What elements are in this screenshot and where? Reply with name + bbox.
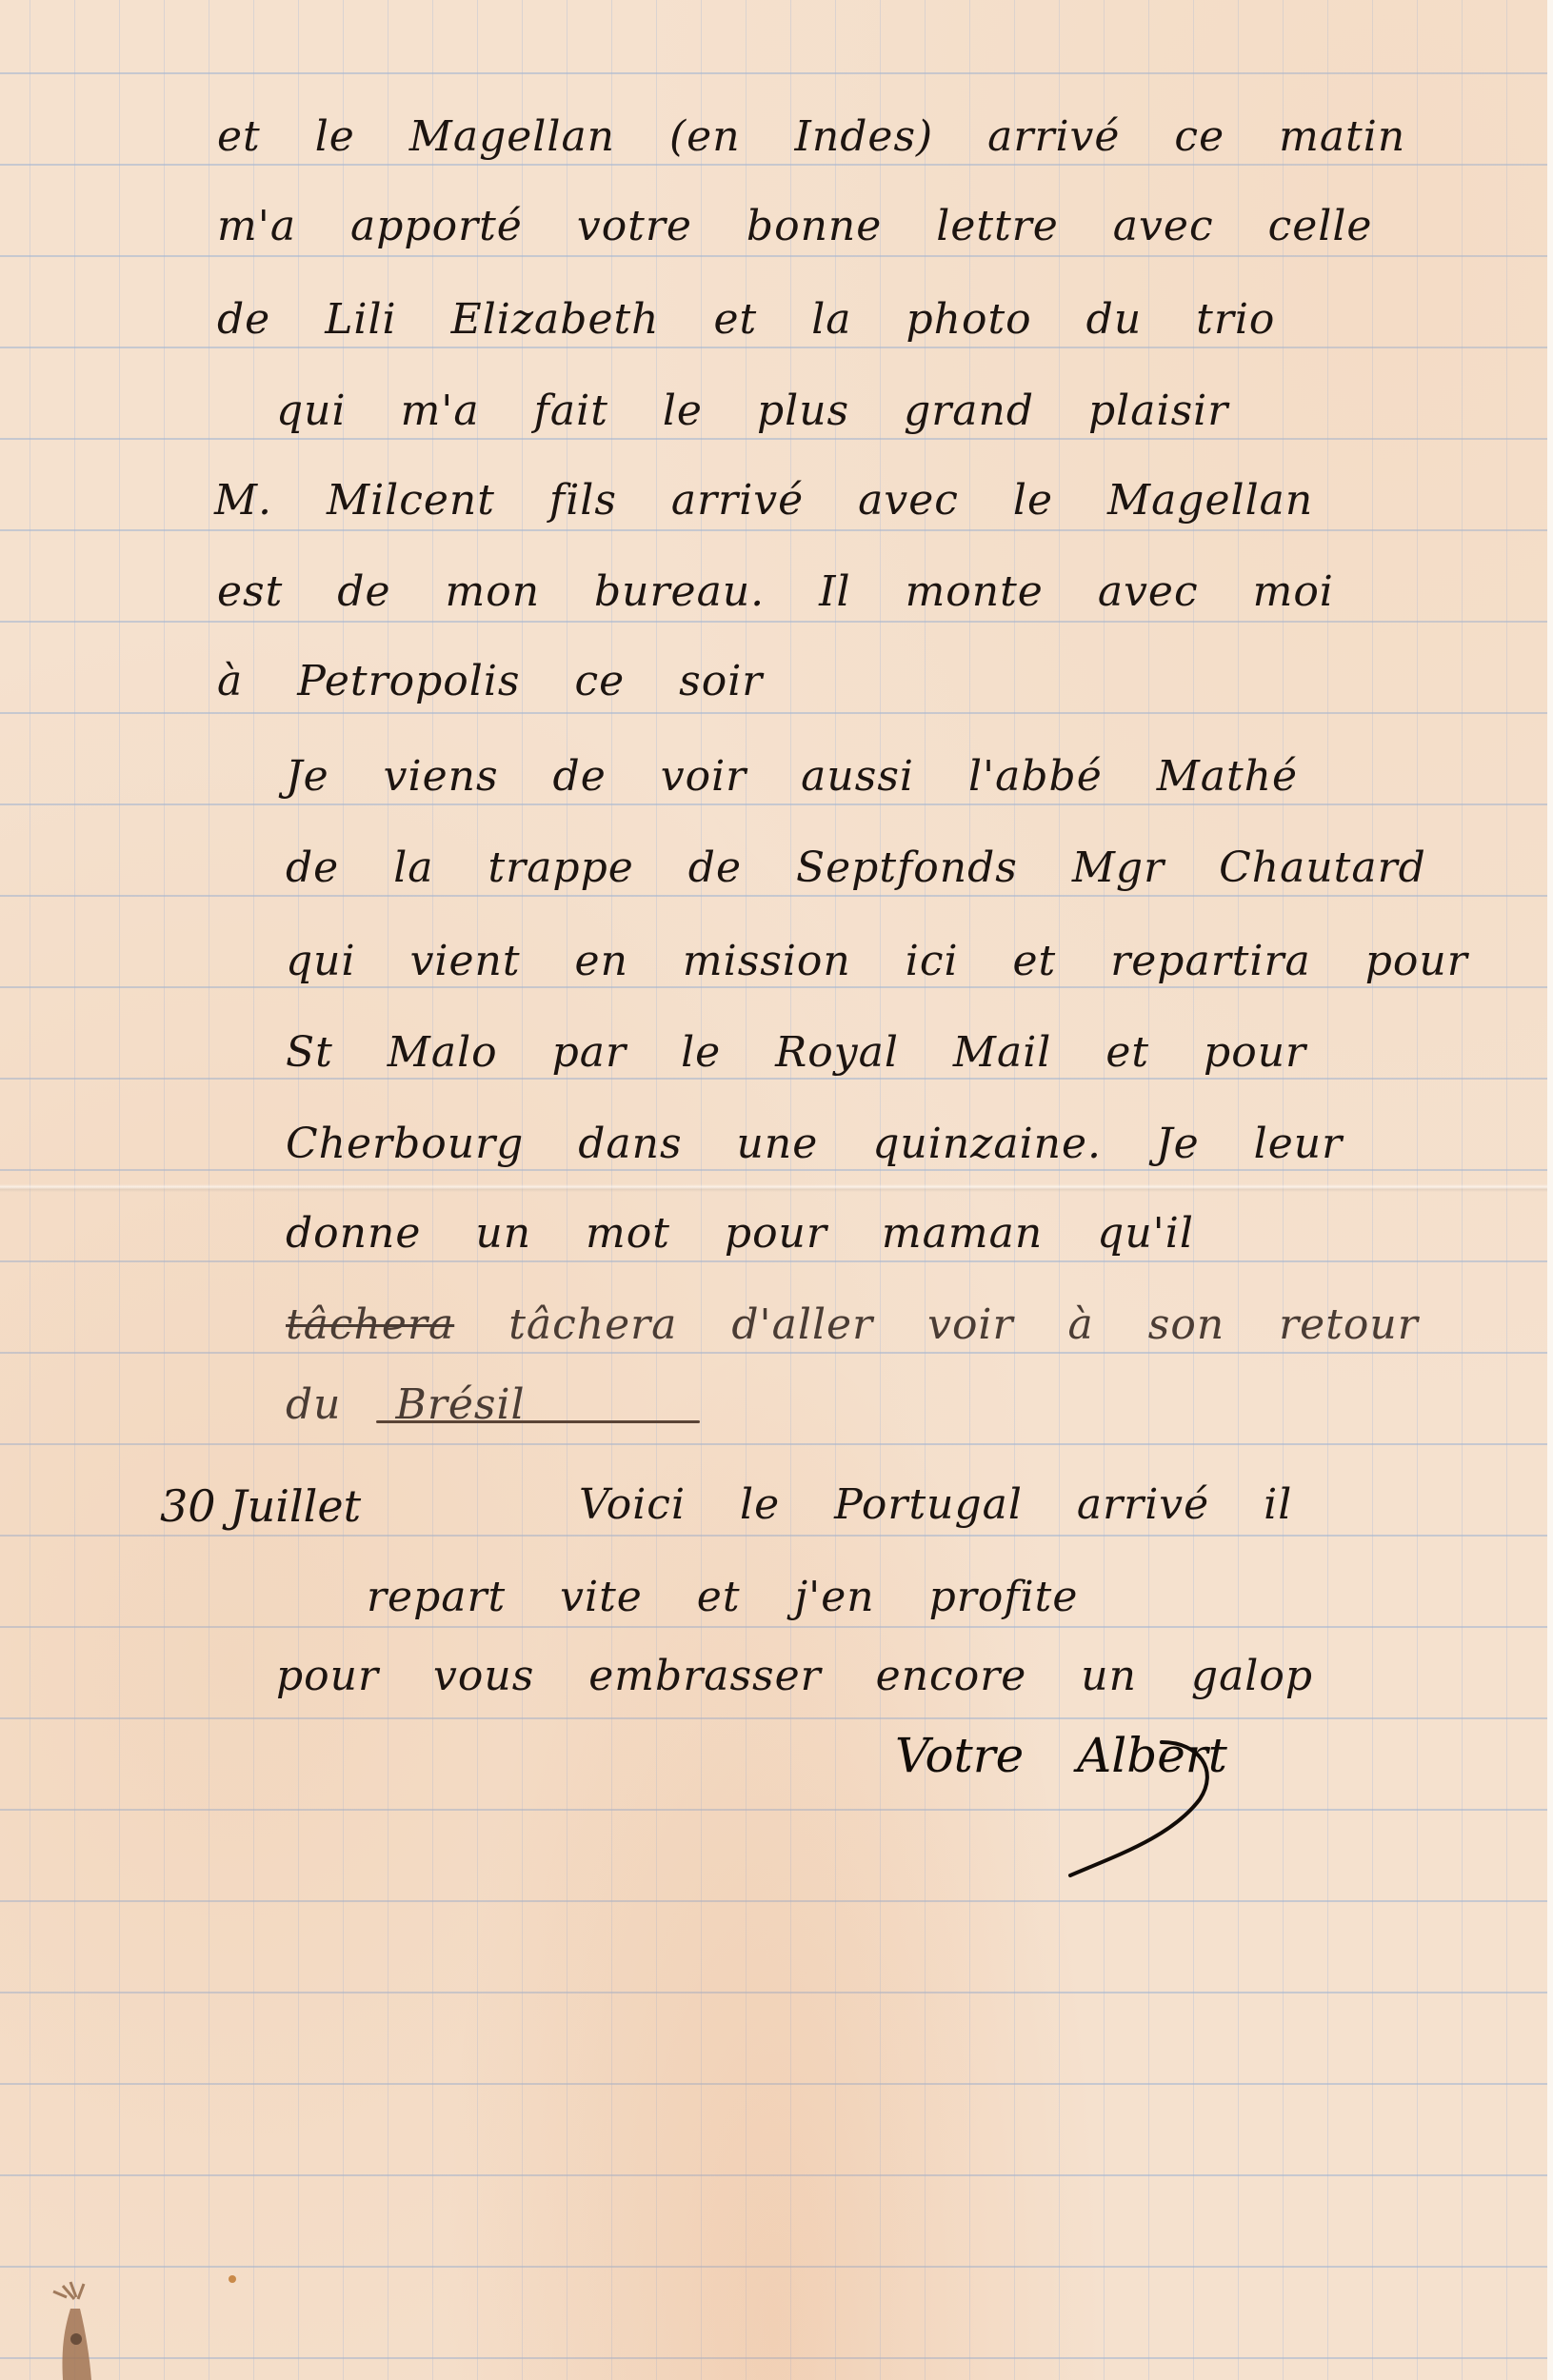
letter-page: et le Magellan (en Indes) arrivé ce mati…	[0, 0, 1547, 2380]
letter-line-11: St Malo par le Royal Mail et pour	[286, 1028, 1306, 1077]
letter-line-8: Je viens de voir aussi l'abbé Mathé	[286, 752, 1298, 801]
letter-line-6: est de mon bureau. Il monte avec moi	[217, 567, 1334, 616]
letter-line-10: qui vient en mission ici et repartira po…	[286, 937, 1468, 985]
struck-word: tâchera	[286, 1300, 454, 1349]
letter-line-5: M. Milcent fils arrivé avec le Magellan	[214, 476, 1313, 525]
letter-line-14: tâchera tâchera d'aller voir à son retou…	[286, 1300, 1419, 1349]
letter-line-12: Cherbourg dans une quinzaine. Je leur	[286, 1120, 1343, 1168]
signature-flourish-icon	[1057, 1714, 1276, 1885]
letter-line-3: de Lili Elizabeth et la photo du trio	[217, 295, 1275, 344]
letter-line-7: à Petropolis ce soir	[217, 657, 763, 705]
letter-line-4: qui m'a fait le plus grand plaisir	[276, 387, 1228, 435]
letter-line-2: m'a apporté votre bonne lettre avec cell…	[217, 202, 1372, 250]
paper-spot	[229, 2275, 236, 2283]
letter-line-13: donne un mot pour maman qu'il	[286, 1209, 1194, 1258]
letter-line-1: et le Magellan (en Indes) arrivé ce mati…	[217, 112, 1405, 161]
letter-line-14-text: tâchera d'aller voir à son retour	[508, 1300, 1419, 1349]
postscript-date: 30 Juillet	[160, 1480, 361, 1532]
paper-edge	[1547, 0, 1553, 2380]
postscript-line-3: pour vous embrasser encore un galop	[276, 1652, 1313, 1700]
postscript-line-2: repart vite et j'en profite	[367, 1573, 1078, 1621]
fold-crease	[0, 1184, 1547, 1192]
letter-line-9: de la trappe de Septfonds Mgr Chautard	[286, 843, 1426, 892]
underline-stroke	[376, 1420, 700, 1423]
ink-stain-icon	[46, 2280, 103, 2380]
postscript-line-1: Voici le Portugal arrivé il	[579, 1480, 1292, 1529]
